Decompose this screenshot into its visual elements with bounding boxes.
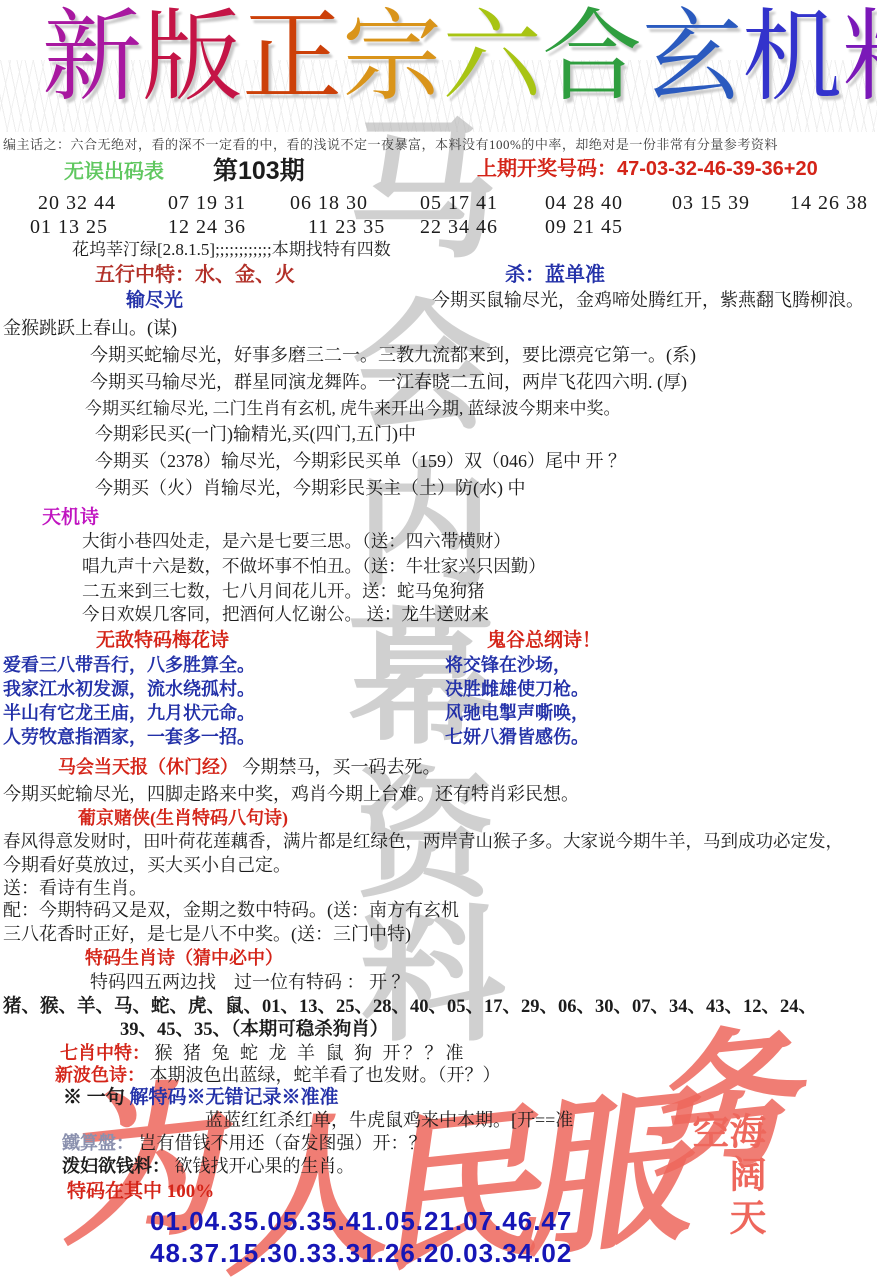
number-group: 01 13 25: [30, 215, 108, 239]
mahui-text: 今期禁马，买一码去死。: [243, 757, 441, 777]
money-seek-text: 欲钱找开心果的生肖。: [175, 1156, 355, 1176]
shujinguang-rat-line: 今期买鼠输尽光，金鸡啼处腾红开，紫燕翻飞腾柳浪。: [432, 290, 864, 312]
five-elements-line: 五行中特：水、金、火: [95, 263, 295, 287]
meihua-poem-title: 无敌特码梅花诗: [96, 630, 229, 653]
blue-red-line: 蓝蓝红红杀红单，牛虎鼠鸡来中本期。[开==准: [205, 1110, 573, 1132]
money-seek-label: 泼妇欲钱料：: [62, 1156, 170, 1176]
final-numbers-line-2: 48.37.15.30.33.31.26.20.03.34.02: [150, 1238, 572, 1269]
tianji-poem-line: 今日欢娱几客同，把酒何人忆谢公。 送：龙牛送财来: [82, 604, 489, 625]
mahui-line: 马会当天报（休门经） 今期禁马，买一码去死。: [58, 757, 441, 779]
one-sentence-rest: 解特码※无错记录※准准: [130, 1087, 339, 1108]
shengxiao-poem-title: 特码生肖诗（猜中必中）: [85, 948, 283, 970]
pujing-title: 葡京赌侠(生肖特码八句诗): [78, 808, 288, 830]
number-group: 22 34 46: [420, 215, 498, 239]
guigu-poem-title: 鬼谷总纲诗！: [487, 630, 601, 653]
wave-color-text: 本期波色出蓝绿，蛇羊看了也发财。（开？）: [150, 1065, 501, 1085]
tianji-poem-line: 唱九声十六是数，不做坏事不怕丑。（送：牛壮家兴只因勤）: [82, 556, 546, 577]
number-group: 12 24 36: [168, 215, 246, 239]
kill-line: 杀：蓝单准: [505, 263, 605, 287]
sanba-line: 三八花香时正好，是七是八不中奖。(送：三门中特): [3, 924, 411, 946]
tip-line: 今期买（2378）输尽光，今期彩民买单（159）双（046）尾中 开 ？: [95, 451, 626, 473]
number-group: 09 21 45: [545, 215, 623, 239]
title-char: 料: [842, 0, 877, 115]
iron-abacus-line: 鐵算盤： 岂有借钱不用还（奋发图强）开：？: [62, 1133, 427, 1155]
tianji-poem-title: 天机诗: [42, 507, 99, 530]
tip-line: 今期买马输尽光，群星同演龙舞阵。一江春晓二五间，两岸飞花四六明. (厚): [90, 372, 687, 394]
title-char: 新: [42, 0, 142, 115]
number-group: 20 32 44: [38, 191, 116, 215]
number-group: 11 23 35: [308, 215, 385, 239]
number-group: 06 18 30: [290, 191, 368, 215]
seven-zodiac-line: 七肖中特： 猴 猪 兔 蛇 龙 羊 鼠 狗 开？？准: [60, 1043, 467, 1065]
tip-line: 今期彩民买(一门)输精光,买(四门,五门)中: [95, 424, 416, 446]
issue-number: 第103期: [213, 156, 305, 186]
zodiac-numbers-line-1: 猪、猴、羊、马、蛇、虎、鼠、01、13、25、28、40、05、17、29、06…: [3, 996, 817, 1018]
flower-code-line: 花坞莘汀绿[2.8.1.5];;;;;;;;;;;;本期找特有四数: [72, 240, 391, 260]
tip-line: 今期买红输尽光, 二门生肖有玄机, 虎牛来开出今期, 蓝绿波今期来中奖。: [85, 399, 621, 419]
wave-color-label: 新波色诗：: [55, 1065, 145, 1085]
tip-line: 今期买（火）肖输尽光，今期彩民买主（土）防(水) 中: [95, 478, 526, 500]
title-char: 正: [242, 0, 342, 115]
guigu-poem-line: 七妍八猾皆感伤。: [445, 727, 589, 749]
one-sentence-prefix: ※ 一句: [63, 1087, 125, 1108]
title-char: 玄: [642, 0, 742, 115]
number-group: 03 15 39: [672, 191, 750, 215]
shujinguang-label: 输尽光: [126, 290, 183, 313]
number-group: 05 17 41: [420, 191, 498, 215]
guigu-poem-line: 将交锋在沙场，: [445, 655, 571, 677]
guigu-poem-line: 决胜雌雄使刀枪。: [445, 679, 589, 701]
meihua-poem-line: 半山有它龙王庙，九月状元命。: [3, 703, 255, 725]
money-seek-line: 泼妇欲钱料： 欲钱找开心果的生肖。: [62, 1156, 355, 1178]
iron-abacus-label: 鐵算盤：: [62, 1133, 134, 1153]
meihua-poem-line: 人劳牧意指酒家，一套多一招。: [3, 727, 255, 749]
number-group: 07 19 31: [168, 191, 246, 215]
tip-line: 今期买蛇输尽光，好事多磨三二一。三教九流都来到，要比漂亮它第一。(系): [90, 345, 696, 367]
pujing-line-1: 春风得意发财时，田叶荷花莲藕香，满片都是红绿色，两岸青山猴子多。大家说今期牛羊，…: [3, 831, 843, 852]
final-numbers-line-1: 01.04.35.05.35.41.05.21.07.46.47: [150, 1206, 572, 1237]
tianji-poem-line: 大街小巷四处走，是六是七要三思。（送：四六带横财）: [82, 531, 511, 552]
editor-note: 编主话之：六合无绝对，看的深不一定看的中，看的浅说不定一夜暴富，本料没有100%…: [3, 137, 778, 153]
seven-zodiac-text: 猴 猪 兔 蛇 龙 羊 鼠 狗 开？？准: [155, 1043, 467, 1063]
number-group: 04 28 40: [545, 191, 623, 215]
vertical-motto-text: 海阔天空: [688, 1112, 762, 1283]
special-code-label: 特码在其中 100%: [67, 1181, 214, 1204]
meihua-poem-line: 我家江水初发源，流水绕孤村。: [3, 679, 255, 701]
song-line: 送：看诗有生肖。: [3, 878, 147, 900]
title-char: 六: [442, 0, 542, 115]
title-char: 宗: [342, 0, 442, 115]
last-draw-numbers: 上期开奖号码：47-03-32-46-39-36+20: [477, 157, 818, 181]
lottery-leaflet-page: 马 会 内 幕 资 料 为 人 民 服 务 海阔天空 新版正宗六合玄机料 编主话…: [0, 0, 877, 1283]
number-group: 14 26 38: [790, 191, 868, 215]
tianji-poem-line: 二五来到三七数，七八月间花儿开。送：蛇马兔狗猪: [82, 581, 485, 602]
page-title: 新版正宗六合玄机料: [42, 0, 870, 128]
zodiac-numbers-line-2: 39、45、35、（本期可稳杀狗肖）: [120, 1019, 388, 1041]
title-char: 版: [142, 0, 242, 115]
meihua-poem-line: 爱看三八带吾行，八多胜算全。: [3, 655, 255, 677]
title-char: 机: [742, 0, 842, 115]
monkey-line: 金猴跳跃上春山。(谋): [3, 318, 177, 340]
seven-zodiac-label: 七肖中特：: [60, 1043, 150, 1063]
guigu-poem-line: 风驰电掣声嘶唤，: [445, 703, 589, 725]
wave-color-line: 新波色诗： 本期波色出蓝绿，蛇羊看了也发财。（开？）: [55, 1065, 501, 1087]
one-sentence-line: ※ 一句 解特码※无错记录※准准: [63, 1087, 339, 1110]
pujing-line-2: 今期看好莫放过，买大买小自己定。: [3, 855, 291, 877]
table-label: 无误出码表: [64, 160, 164, 184]
pei-line: 配：今期特码又是双，金期之数中特码。(送：南方有玄机: [3, 900, 459, 922]
shengxiao-poem-line: 特码四五两边找 过一位有特码 ： 开 ？: [90, 972, 410, 994]
iron-abacus-text: 岂有借钱不用还（奋发图强）开：？: [139, 1133, 427, 1153]
title-char: 合: [542, 0, 642, 115]
snake-line: 今期买蛇输尽光，四脚走路来中奖，鸡肖今期上台难。还有特肖彩民想。: [3, 784, 579, 806]
mahui-label: 马会当天报（休门经）: [58, 757, 238, 777]
